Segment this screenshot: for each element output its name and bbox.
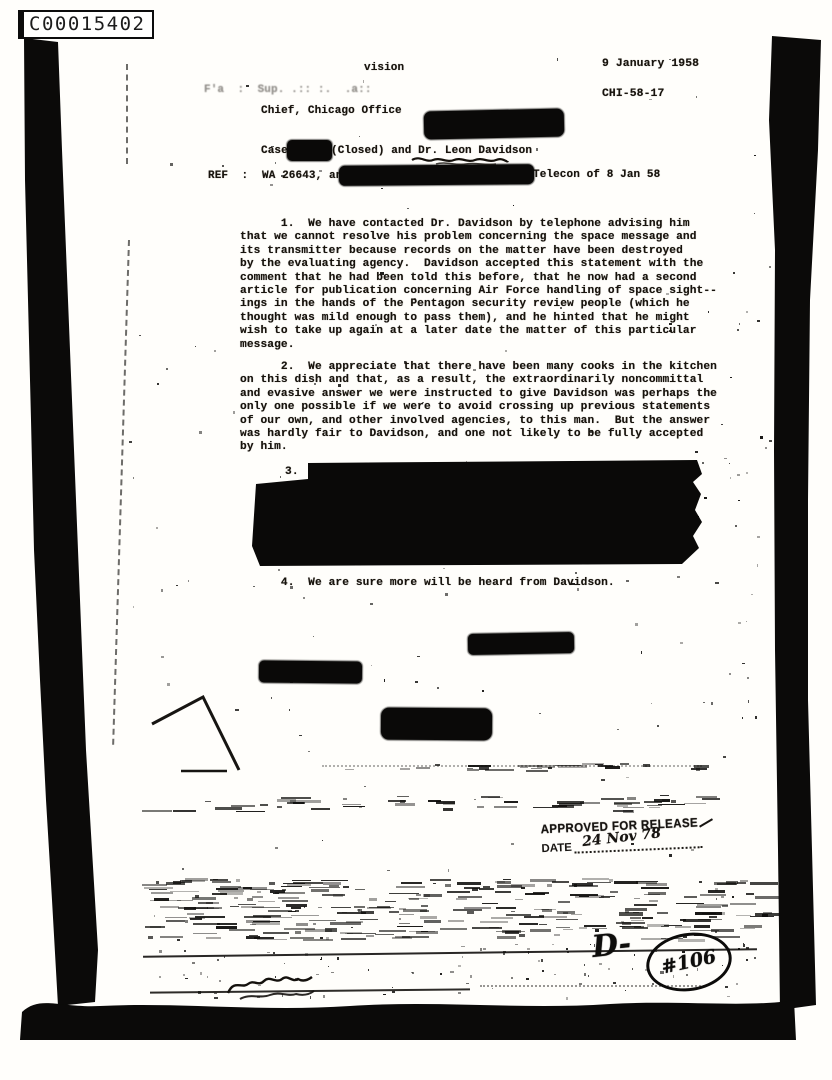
annotation-number: #106 bbox=[660, 945, 719, 978]
redaction-bar-case bbox=[287, 140, 332, 161]
case-subject: (Closed) and Dr. Leon Davidson bbox=[331, 145, 532, 158]
handwritten-d-mark: D- bbox=[590, 926, 632, 965]
redaction-bar-lower-2 bbox=[259, 660, 362, 683]
dotted-noise-line bbox=[322, 765, 702, 767]
paragraph-2: 2. We appreciate that there have been ma… bbox=[240, 361, 717, 455]
redaction-block-paragraph-3 bbox=[252, 460, 704, 567]
paragraph-4: 4. We are sure more will be heard from D… bbox=[240, 577, 615, 590]
division-fragment: vision bbox=[364, 62, 404, 75]
redaction-bar-header bbox=[424, 109, 565, 140]
from-line-faded: F'a : Sup. .:: :. .a:: bbox=[204, 84, 372, 97]
crease-line-top bbox=[126, 64, 128, 164]
redaction-bar-lower-3 bbox=[381, 708, 492, 741]
file-number: CHI-58-17 bbox=[602, 88, 664, 101]
scanned-memo-page: C00015402 vision 9 January 1958 F'a : Su… bbox=[0, 0, 832, 1080]
redaction-bar-lower-1 bbox=[468, 632, 574, 655]
document-date: 9 January 1958 bbox=[602, 58, 699, 71]
paragraph-3-number: 3. bbox=[285, 466, 299, 479]
ref-pre: WA 26643, and bbox=[262, 170, 349, 183]
redaction-bar-ref bbox=[339, 164, 534, 186]
case-label: Case bbox=[261, 145, 288, 158]
document-id: C00015402 bbox=[29, 13, 145, 35]
ref-post: Telecon of 8 Jan 58 bbox=[533, 169, 660, 182]
stamp-date-label: DATE bbox=[541, 842, 572, 855]
document-id-box: C00015402 bbox=[18, 10, 154, 39]
paragraph-1: 1. We have contacted Dr. Davidson by tel… bbox=[240, 218, 717, 352]
office-line: Chief, Chicago Office bbox=[261, 105, 402, 118]
ref-label: REF : bbox=[208, 170, 248, 183]
